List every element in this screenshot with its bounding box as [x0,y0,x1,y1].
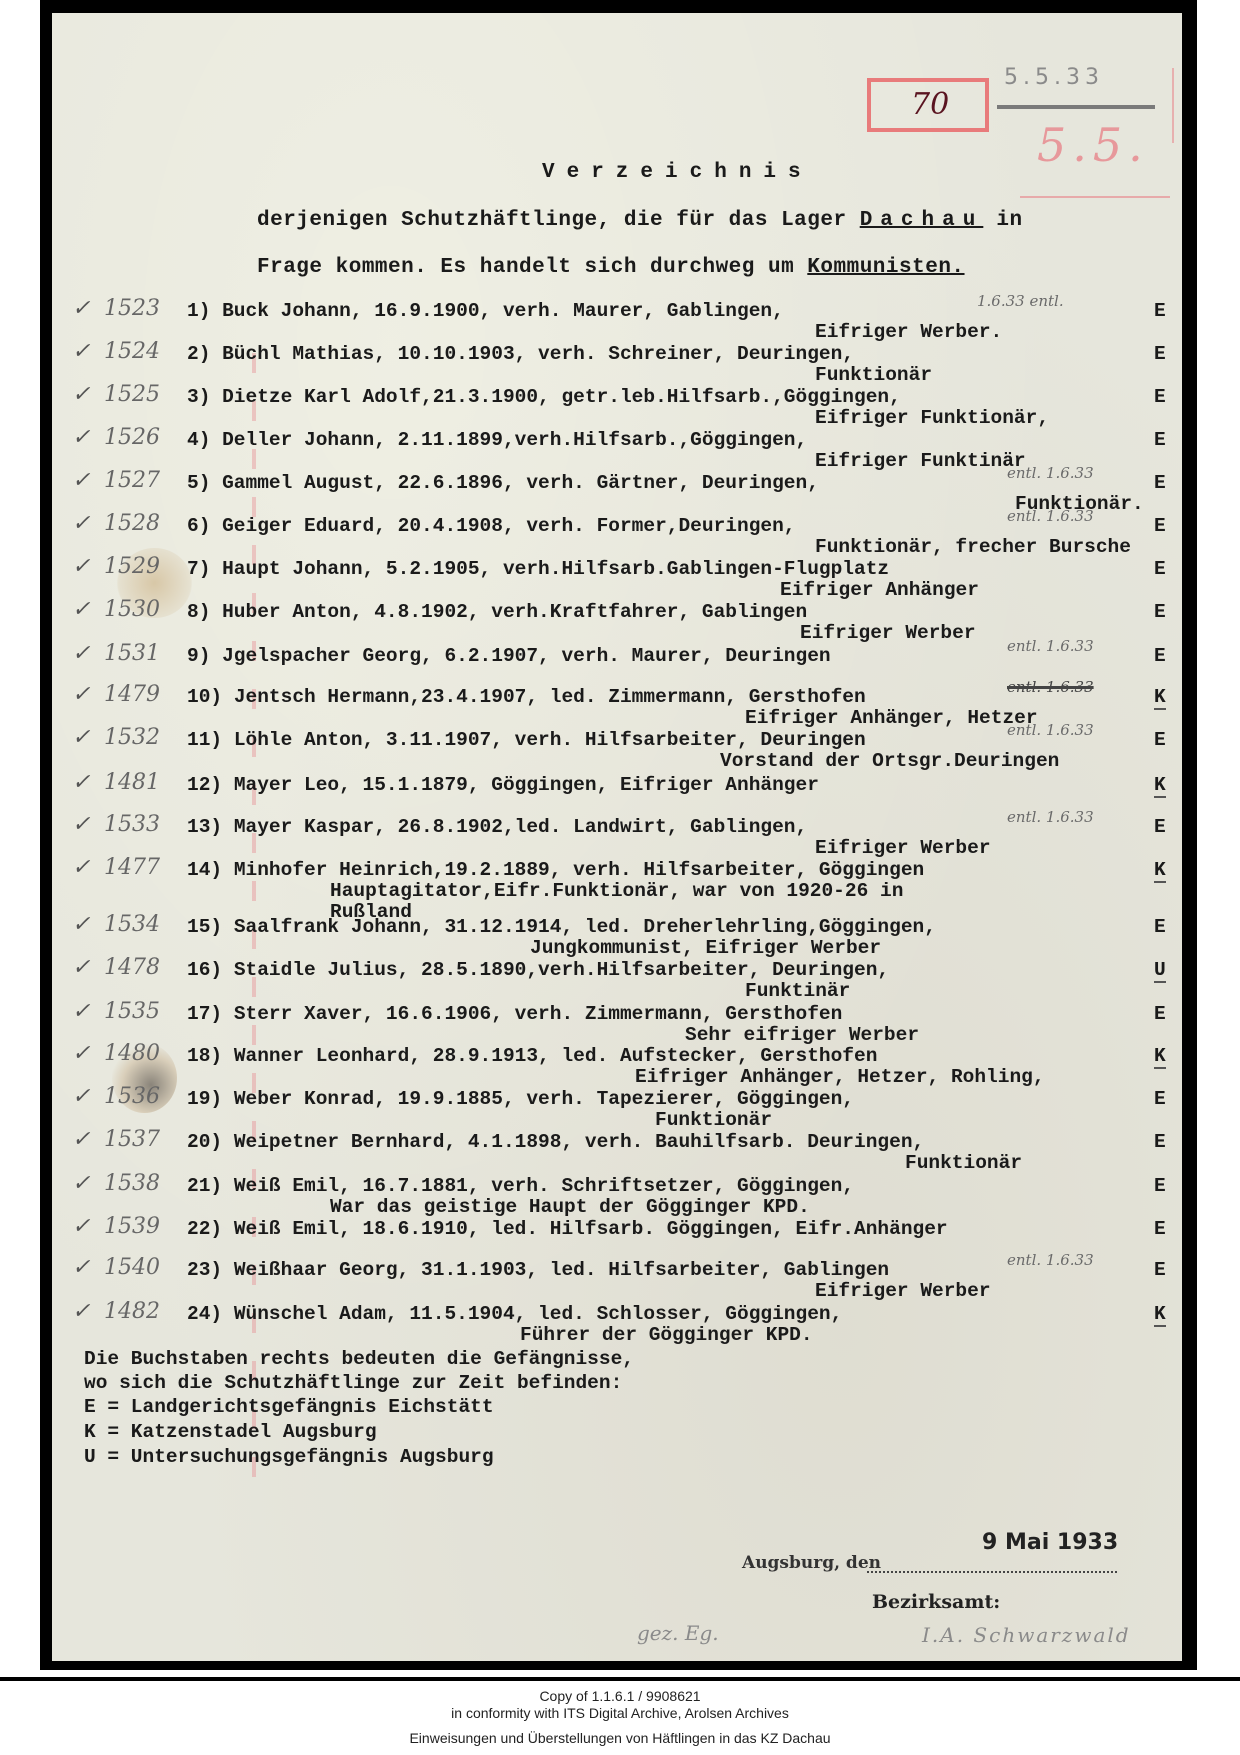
entry-remark: Jungkommunist, Eifriger Werber [530,937,881,959]
entry-remark: Eifriger Werber [800,622,976,644]
entry-line: 1) Buck Johann, 16.9.1900, verh. Maurer,… [187,300,784,322]
entry-details: Saalfrank Johann, 31.12.1914, led. Drehe… [234,916,936,938]
prison-code: E [1154,472,1166,494]
entry-details: Weipetner Bernhard, 4.1.1898, verh. Bauh… [234,1131,924,1153]
camp-name: Dachau [860,209,984,232]
legend-item-k: K = Katzenstadel Augsburg [84,1421,377,1443]
entry-index: 23) [187,1259,222,1281]
entry-details: Buck Johann, 16.9.1900, verh. Maurer, Ga… [222,300,784,322]
prisoner-number: 1529 [104,554,160,579]
entry-remark: Funktionär, frecher Bursche [815,536,1131,558]
entry-details: Weißhaar Georg, 31.1.1903, led. Hilfsarb… [234,1259,889,1281]
legend-item-e: E = Landgerichtsgefängnis Eichstätt [84,1396,494,1418]
prisoner-number: 1532 [104,725,160,750]
prisoner-number: 1477 [104,855,160,880]
prisoner-number: 1480 [104,1041,160,1066]
prison-code: E [1154,816,1166,838]
entry-remark: Funktionär [815,364,932,386]
prisoner-number: 1537 [104,1127,160,1152]
entry-line: 24) Wünschel Adam, 11.5.1904, led. Schlo… [187,1303,842,1325]
entry-index: 5) [187,472,210,494]
prison-code: E [1154,1218,1166,1240]
entry-details: Geiger Eduard, 20.4.1908, verh. Former,D… [222,515,795,537]
entry-line: 2) Büchl Mathias, 10.10.1903, verh. Schr… [187,343,854,365]
intro-line-2: Frage kommen. Es handelt sich durchweg u… [257,256,965,279]
prison-code: E [1154,343,1166,365]
entry-index: 12) [187,774,222,796]
entry-index: 13) [187,816,222,838]
check-mark-icon: ✓ [72,682,90,707]
check-mark-icon: ✓ [72,812,90,837]
entry-details: Haupt Johann, 5.2.1905, verh.Hilfsarb.Ga… [222,558,889,580]
entry-line: 16) Staidle Julius, 28.5.1890,verh.Hilfs… [187,959,889,981]
entry-line: 18) Wanner Leonhard, 28.9.1913, led. Auf… [187,1045,877,1067]
entry-index: 19) [187,1088,222,1110]
prison-code: E [1154,601,1166,623]
red-date-mark: 5.5. [1037,118,1149,172]
entry-index: 22) [187,1218,222,1240]
prisoner-number: 1523 [104,296,160,321]
prison-code: E [1154,1003,1166,1025]
entry-details: Mayer Leo, 15.1.1879, Göggingen, Eifrige… [234,774,819,796]
entry-remark: Eifriger Anhänger, Hetzer [745,707,1038,729]
prisoner-number: 1479 [104,682,160,707]
entry-remark: Eifriger Werber. [815,321,1002,343]
check-mark-icon: ✓ [72,855,90,880]
entry-index: 7) [187,558,210,580]
prison-code: K [1154,1303,1166,1327]
entry-details: Jentsch Hermann,23.4.1907, led. Zimmerma… [234,686,866,708]
document-page: 70 5.5.33 5.5. Verzeichnis derjenigen Sc… [52,13,1182,1661]
date-line [867,1571,1117,1573]
initials: gez. Eg. [637,1621,719,1645]
release-note: entl. 1.6.33 [1007,808,1094,826]
check-mark-icon: ✓ [72,641,90,666]
check-mark-icon: ✓ [72,1084,90,1109]
check-mark-icon: ✓ [72,1214,90,1239]
entry-remark: Eifriger Funktionär, [815,407,1049,429]
release-note: entl. 1.6.33 [1007,637,1094,655]
prison-code: E [1154,1131,1166,1153]
entry-details: Deller Johann, 2.11.1899,verh.Hilfsarb.,… [222,429,807,451]
release-note: 1.6.33 entl. [977,292,1064,310]
prisoner-number: 1528 [104,511,160,536]
entry-index: 1) [187,300,210,322]
check-mark-icon: ✓ [72,1299,90,1324]
footer-copy-ref: Copy of 1.1.6.1 / 9908621 [0,1688,1240,1704]
prison-code: E [1154,729,1166,751]
release-note: entl. 1.6.33 [1007,678,1094,696]
entry-details: Minhofer Heinrich,19.2.1889, verh. Hilfs… [234,859,924,881]
entry-index: 14) [187,859,222,881]
entry-line: 17) Sterr Xaver, 16.6.1906, verh. Zimmer… [187,1003,842,1025]
entry-line: 9) Jgelspacher Georg, 6.2.1907, verh. Ma… [187,645,831,667]
prison-code: E [1154,916,1166,938]
prisoner-number: 1478 [104,955,160,980]
prison-code: K [1154,774,1166,798]
entry-line: 6) Geiger Eduard, 20.4.1908, verh. Forme… [187,515,796,537]
entry-remark: Eifriger Anhänger, Hetzer, Rohling, [635,1066,1045,1088]
prisoner-number: 1539 [104,1214,160,1239]
prisoner-number: 1524 [104,339,160,364]
prison-code: E [1154,1088,1166,1110]
entry-index: 9) [187,645,210,667]
entry-remark: Eifriger Anhänger [780,579,979,601]
release-note: entl. 1.6.33 [1007,721,1094,739]
archive-number: 70 [911,87,949,122]
entry-index: 6) [187,515,210,537]
entry-details: Mayer Kaspar, 26.8.1902,led. Landwirt, G… [234,816,807,838]
signature: I.A. Schwarzwald [922,1623,1131,1647]
prisoner-number: 1535 [104,999,160,1024]
prisoner-number: 1482 [104,1299,160,1324]
check-mark-icon: ✓ [72,339,90,364]
entry-line: 13) Mayer Kaspar, 26.8.1902,led. Landwir… [187,816,807,838]
entry-details: Büchl Mathias, 10.10.1903, verh. Schrein… [222,343,854,365]
entry-line: 22) Weiß Emil, 18.6.1910, led. Hilfsarb.… [187,1218,948,1240]
place-date-label: Augsburg, den [742,1553,881,1573]
prisoner-number: 1527 [104,468,160,493]
prisoner-number: 1540 [104,1255,160,1280]
entry-details: Weiß Emil, 16.7.1881, verh. Schriftsetze… [234,1175,854,1197]
prison-code: K [1154,859,1166,883]
check-mark-icon: ✓ [72,468,90,493]
check-mark-icon: ✓ [72,554,90,579]
entry-line: 14) Minhofer Heinrich,19.2.1889, verh. H… [187,859,924,881]
check-mark-icon: ✓ [72,425,90,450]
footer-conformity: in conformity with ITS Digital Archive, … [0,1705,1240,1721]
entry-remark: War das geistige Haupt der Gögginger KPD… [330,1196,810,1218]
prison-code: E [1154,386,1166,408]
entry-index: 18) [187,1045,222,1067]
date-stamp: 9 Mai 1933 [982,1530,1118,1555]
entry-remark: Sehr eifriger Werber [685,1024,919,1046]
entry-index: 21) [187,1175,222,1197]
entry-index: 15) [187,916,222,938]
footer-collection: Einweisungen und Überstellungen von Häft… [0,1730,1240,1746]
prisoner-number: 1536 [104,1084,160,1109]
release-note: entl. 1.6.33 [1007,507,1094,525]
stamp-rule [997,105,1155,109]
entry-details: Huber Anton, 4.8.1902, verh.Kraftfahrer,… [222,601,807,623]
entry-details: Dietze Karl Adolf,21.3.1900, getr.leb.Hi… [222,386,901,408]
red-vertical-mark [1172,68,1174,143]
release-note: entl. 1.6.33 [1007,464,1094,482]
entry-details: Wanner Leonhard, 28.9.1913, led. Aufstec… [234,1045,878,1067]
prisoner-number: 1531 [104,641,160,666]
entry-line: 3) Dietze Karl Adolf,21.3.1900, getr.leb… [187,386,901,408]
check-mark-icon: ✓ [72,1171,90,1196]
entry-line: 10) Jentsch Hermann,23.4.1907, led. Zimm… [187,686,866,708]
group-name: Kommunisten. [807,256,964,279]
entry-details: Weiß Emil, 18.6.1910, led. Hilfsarb. Gög… [234,1218,948,1240]
intro-text: derjenigen Schutzhäftlinge, die für das … [257,209,860,232]
prisoner-number: 1533 [104,812,160,837]
prison-code: E [1154,429,1166,451]
footer-rule [0,1677,1240,1681]
check-mark-icon: ✓ [72,1041,90,1066]
check-mark-icon: ✓ [72,382,90,407]
entry-remark: Eifriger Funktinär [815,450,1026,472]
prison-code: E [1154,645,1166,667]
entry-index: 3) [187,386,210,408]
entry-remark: Funktionär [655,1109,772,1131]
entry-remark: Führer der Gögginger KPD. [520,1324,813,1346]
entry-line: 12) Mayer Leo, 15.1.1879, Göggingen, Eif… [187,774,819,796]
office-label: Bezirksamt: [872,1591,1000,1613]
prison-code: E [1154,300,1166,322]
check-mark-icon: ✓ [72,1255,90,1280]
prison-code: U [1154,959,1166,983]
entry-line: 19) Weber Konrad, 19.9.1885, verh. Tapez… [187,1088,854,1110]
check-mark-icon: ✓ [72,1127,90,1152]
entry-details: Sterr Xaver, 16.6.1906, verh. Zimmermann… [234,1003,843,1025]
check-mark-icon: ✓ [72,999,90,1024]
prison-code: E [1154,515,1166,537]
entry-line: 8) Huber Anton, 4.8.1902, verh.Kraftfahr… [187,601,807,623]
check-mark-icon: ✓ [72,955,90,980]
entry-index: 10) [187,686,222,708]
intro-text: in [983,209,1022,232]
prison-code: K [1154,1045,1166,1069]
legend-item-u: U = Untersuchungsgefängnis Augsburg [84,1446,494,1468]
entry-index: 16) [187,959,222,981]
entry-details: Löhle Anton, 3.11.1907, verh. Hilfsarbei… [234,729,866,751]
entry-line: 11) Löhle Anton, 3.11.1907, verh. Hilfsa… [187,729,866,751]
check-mark-icon: ✓ [72,770,90,795]
entry-remark: Vorstand der Ortsgr.Deuringen [720,750,1059,772]
entry-details: Jgelspacher Georg, 6.2.1907, verh. Maure… [222,645,831,667]
intro-text: Frage kommen. Es handelt sich durchweg u… [257,256,807,279]
stamp-date: 5.5.33 [1004,65,1104,90]
entry-line: 23) Weißhaar Georg, 31.1.1903, led. Hilf… [187,1259,889,1281]
entry-remark: Funktionär [905,1152,1022,1174]
entry-remark: Eifriger Werber [815,1280,991,1302]
release-note: entl. 1.6.33 [1007,1251,1094,1269]
entry-line: 7) Haupt Johann, 5.2.1905, verh.Hilfsarb… [187,558,889,580]
entry-details: Gammel August, 22.6.1896, verh. Gärtner,… [222,472,819,494]
entry-index: 20) [187,1131,222,1153]
entry-details: Staidle Julius, 28.5.1890,verh.Hilfsarbe… [234,959,889,981]
entry-line: 5) Gammel August, 22.6.1896, verh. Gärtn… [187,472,819,494]
entry-index: 4) [187,429,210,451]
check-mark-icon: ✓ [72,511,90,536]
red-rule [1020,196,1170,198]
check-mark-icon: ✓ [72,597,90,622]
entry-details: Weber Konrad, 19.9.1885, verh. Tapeziere… [234,1088,854,1110]
entry-index: 24) [187,1303,222,1325]
prisoner-number: 1525 [104,382,160,407]
entry-line: 15) Saalfrank Johann, 31.12.1914, led. D… [187,916,936,938]
prisoner-number: 1526 [104,425,160,450]
entry-line: 21) Weiß Emil, 16.7.1881, verh. Schrifts… [187,1175,854,1197]
prisoner-number: 1530 [104,597,160,622]
check-mark-icon: ✓ [72,912,90,937]
entry-remark: Funktinär [745,980,850,1002]
prisoner-number: 1538 [104,1171,160,1196]
prison-code: E [1154,558,1166,580]
prison-code: E [1154,1175,1166,1197]
archive-number-stamp: 70 [867,78,989,132]
prison-code: E [1154,1259,1166,1281]
entry-index: 17) [187,1003,222,1025]
entry-remark: Eifriger Werber [815,837,991,859]
prisoner-number: 1534 [104,912,160,937]
entry-index: 2) [187,343,210,365]
prison-code: K [1154,686,1166,710]
entry-details: Wünschel Adam, 11.5.1904, led. Schlosser… [234,1303,843,1325]
entry-line: 20) Weipetner Bernhard, 4.1.1898, verh. … [187,1131,924,1153]
entry-index: 11) [187,729,222,751]
document-title: Verzeichnis [542,161,813,184]
entry-index: 8) [187,601,210,623]
check-mark-icon: ✓ [72,296,90,321]
check-mark-icon: ✓ [72,725,90,750]
legend-line-1: Die Buchstaben rechts bedeuten die Gefän… [84,1348,634,1370]
entry-remark: Hauptagitator,Eifr.Funktionär, war von 1… [330,880,903,902]
legend-line-2: wo sich die Schutzhäftlinge zur Zeit bef… [84,1372,622,1394]
prisoner-number: 1481 [104,770,160,795]
intro-line-1: derjenigen Schutzhäftlinge, die für das … [257,209,1023,232]
entry-line: 4) Deller Johann, 2.11.1899,verh.Hilfsar… [187,429,807,451]
